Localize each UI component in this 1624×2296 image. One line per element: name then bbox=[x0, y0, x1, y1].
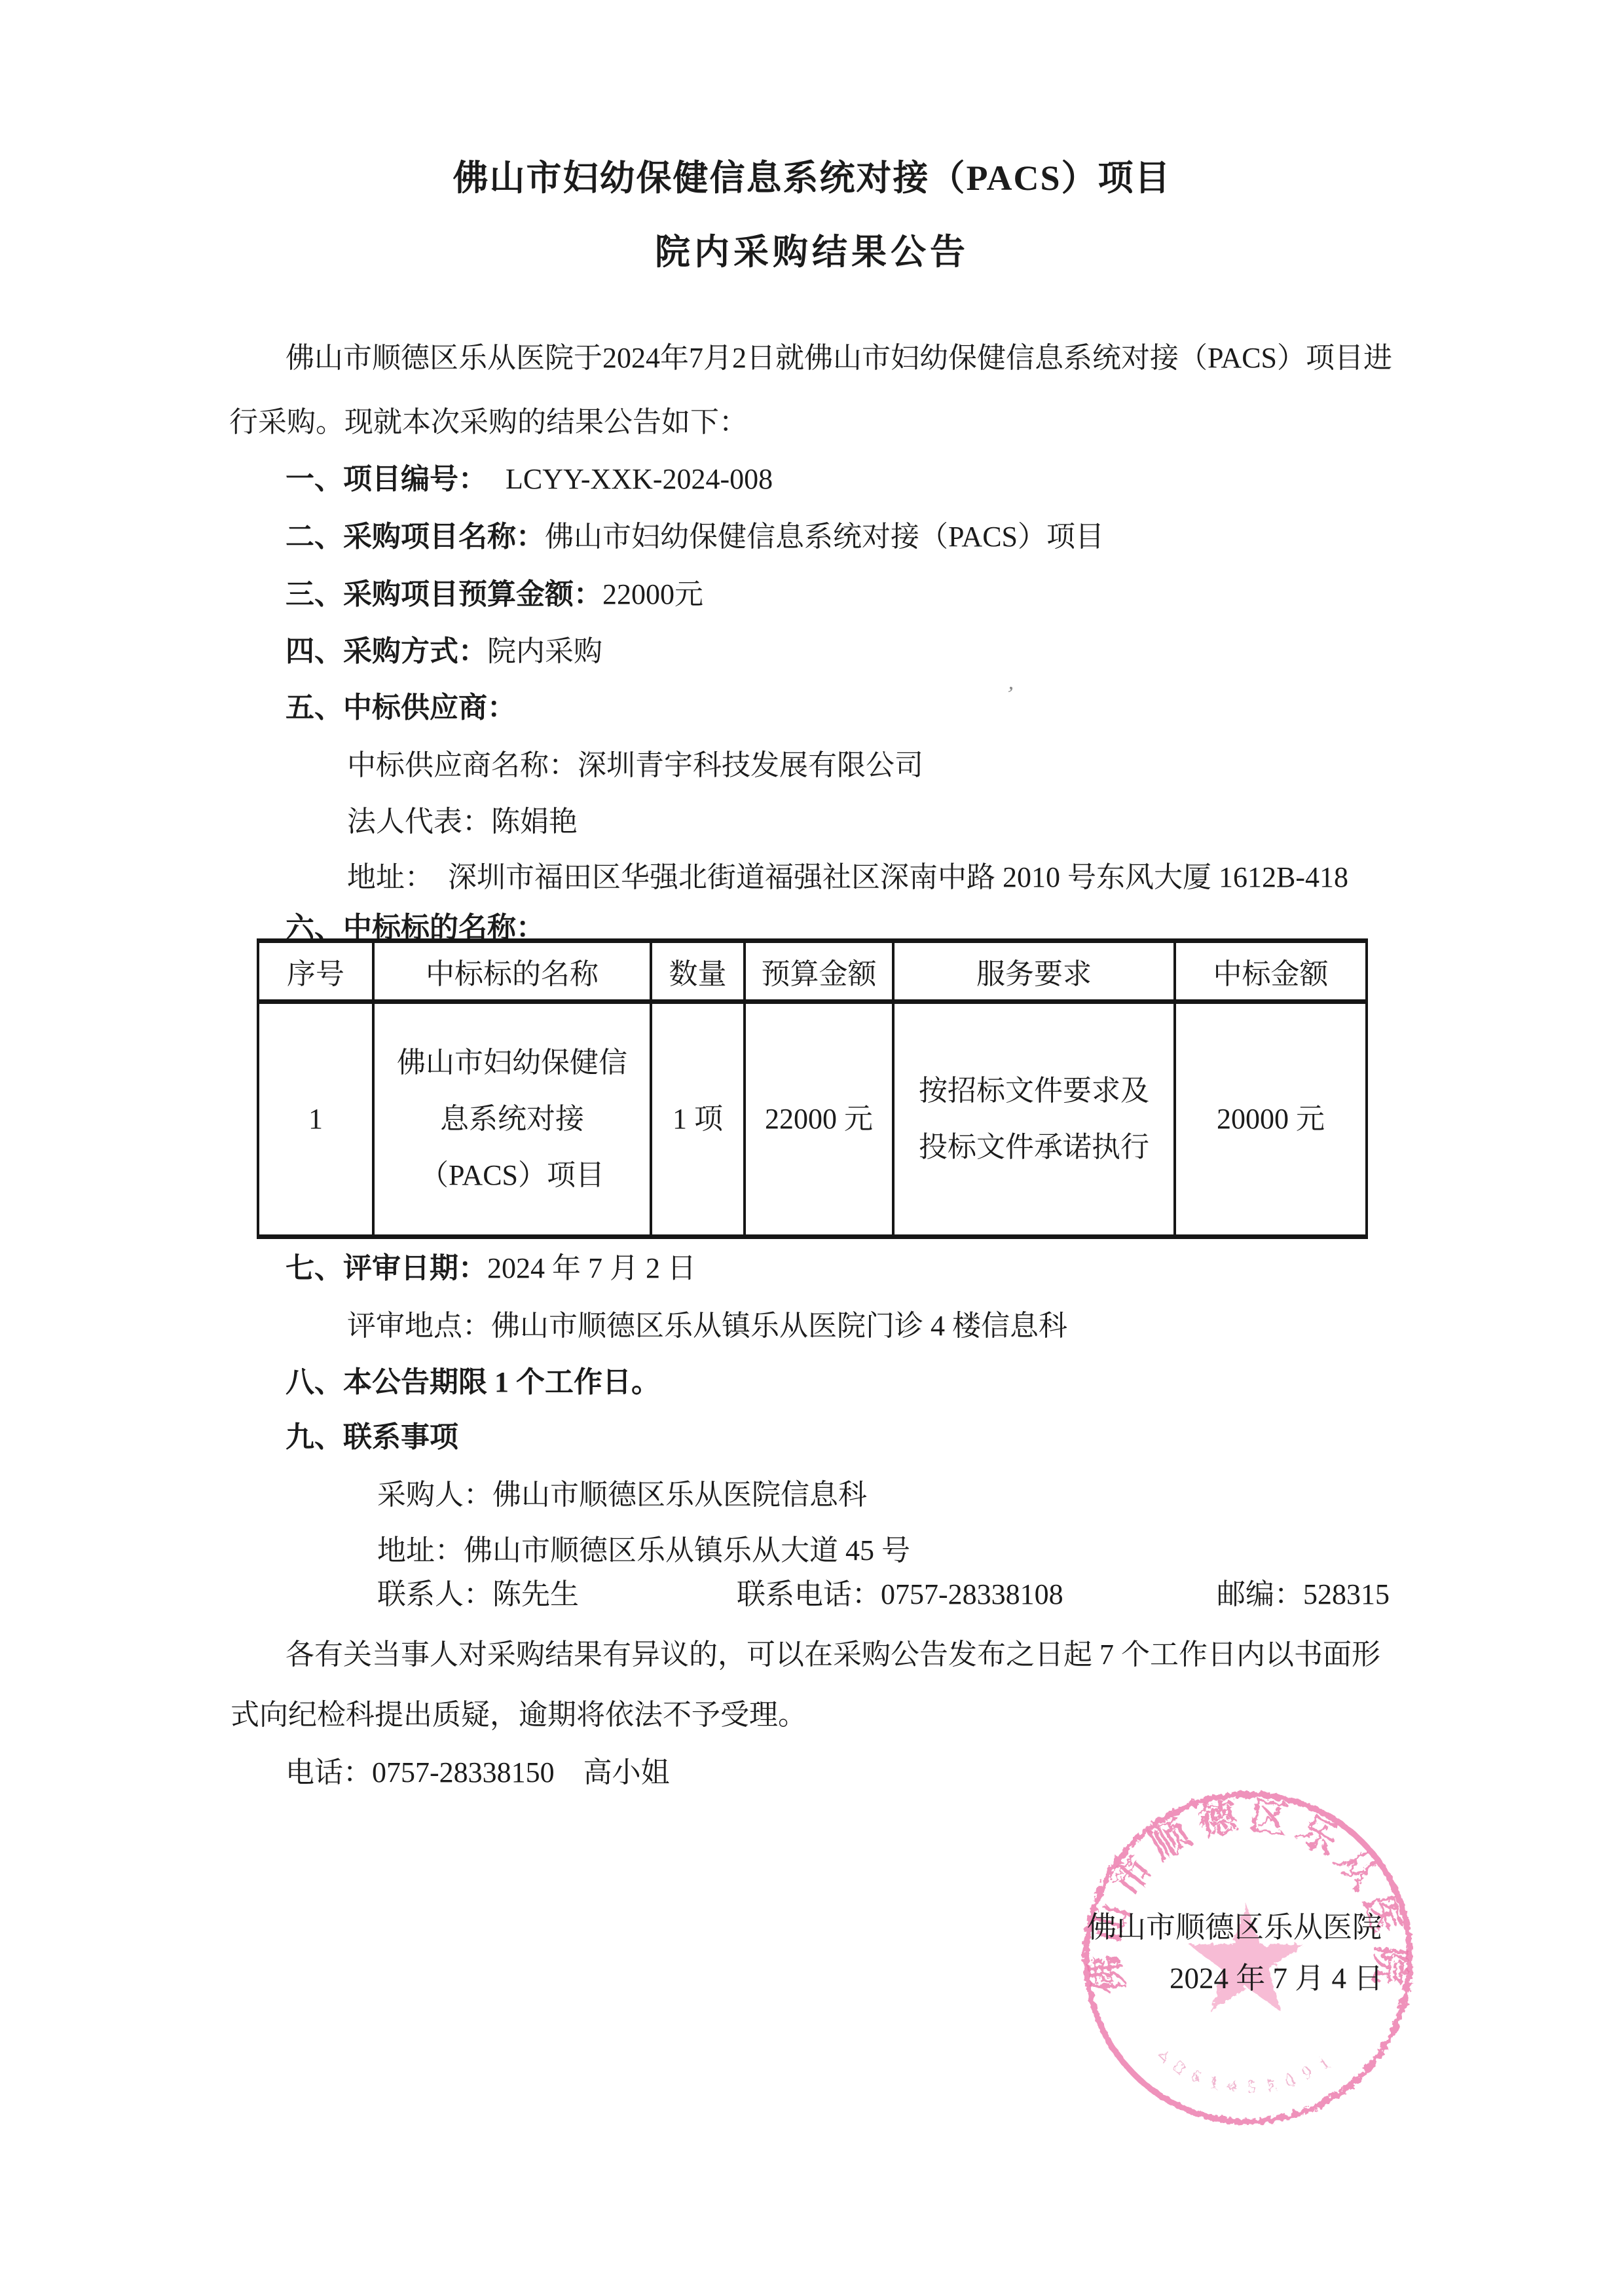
cell-service-line1: 按招标文件要求及 bbox=[895, 1063, 1173, 1119]
item-budget: 三、采购项目预算金额：22000元 bbox=[286, 576, 703, 614]
intro-paragraph-line2: 行采购。现就本次采购的结果公告如下： bbox=[229, 403, 748, 441]
header-qty: 数量 bbox=[651, 941, 745, 1002]
item-project-number-value: LCYY-XXK-2024-008 bbox=[506, 463, 773, 495]
contact-phone: 联系电话：0757-28338108 bbox=[737, 1576, 1063, 1614]
header-budget: 预算金额 bbox=[745, 941, 893, 1002]
item-project-name: 二、采购项目名称：佛山市妇幼保健信息系统对接（PACS）项目 bbox=[286, 518, 1104, 556]
review-place-line: 评审地点：佛山市顺德区乐从镇乐从医院门诊 4 楼信息科 bbox=[347, 1307, 1067, 1345]
table-row: 1 佛山市妇幼保健信 息系统对接 （PACS）项目 1 项 22000 元 按招… bbox=[258, 1002, 1367, 1237]
item-method: 四、采购方式：院内采购 bbox=[286, 633, 602, 671]
signature-org: 佛山市顺德区乐从医院 bbox=[1087, 1903, 1382, 1946]
buyer-address-line: 地址：佛山市顺德区乐从镇乐从大道 45 号 bbox=[377, 1532, 910, 1570]
scan-artifact: ’ bbox=[1003, 682, 1016, 708]
bid-result-table: 序号 中标标的名称 数量 预算金额 服务要求 中标金额 1 佛山市妇幼保健信 息… bbox=[257, 938, 1368, 1239]
cell-service-line2: 投标文件承诺执行 bbox=[895, 1119, 1173, 1176]
document-title-line2: 院内采购结果公告 bbox=[0, 233, 1624, 271]
cell-budget: 22000 元 bbox=[745, 1002, 893, 1237]
item-project-name-value: 佛山市妇幼保健信息系统对接（PACS）项目 bbox=[545, 521, 1104, 553]
item-budget-value: 22000元 bbox=[602, 578, 703, 610]
item-project-number: 一、项目编号：LCYY-XXK-2024-008 bbox=[286, 460, 773, 498]
item-review-date-value: 2024 年 7 月 2 日 bbox=[487, 1252, 696, 1284]
seal-code-text: 4061455091 bbox=[1154, 2046, 1342, 2098]
header-service: 服务要求 bbox=[893, 941, 1175, 1002]
contact-postcode: 邮编：528315 bbox=[1217, 1576, 1390, 1614]
intro-paragraph-line1: 佛山市顺德区乐从医院于2024年7月2日就佛山市妇幼保健信息系统对接（PACS）… bbox=[286, 339, 1392, 377]
table-header-row: 序号 中标标的名称 数量 预算金额 服务要求 中标金额 bbox=[258, 941, 1367, 1002]
footer-phone-line: 电话：0757-28338150 高小姐 bbox=[286, 1754, 670, 1792]
item-winning-supplier-heading: 五、中标供应商： bbox=[286, 689, 516, 727]
item-method-value: 院内采购 bbox=[487, 635, 602, 667]
item-project-name-label: 二、采购项目名称： bbox=[286, 521, 545, 553]
signature-date: 2024 年 7 月 4 日 bbox=[1170, 1954, 1383, 1997]
document-title-line1: 佛山市妇幼保健信息系统对接（PACS）项目 bbox=[0, 159, 1624, 197]
header-award: 中标金额 bbox=[1175, 941, 1367, 1002]
cell-bid-name-line1: 佛山市妇幼保健信 bbox=[375, 1035, 650, 1091]
header-bid-name: 中标标的名称 bbox=[373, 941, 651, 1002]
header-seq: 序号 bbox=[258, 941, 373, 1002]
item-method-label: 四、采购方式： bbox=[286, 635, 487, 667]
cell-award: 20000 元 bbox=[1175, 1002, 1367, 1237]
cell-bid-name-line2: 息系统对接 bbox=[375, 1091, 650, 1147]
cell-bid-name-line3: （PACS）项目 bbox=[375, 1147, 650, 1204]
scanned-document-page: 佛山市妇幼保健信息系统对接（PACS）项目 院内采购结果公告 佛山市顺德区乐从医… bbox=[0, 0, 1624, 2296]
supplier-name-line: 中标供应商名称：深圳青宇科技发展有限公司 bbox=[347, 747, 923, 785]
item-notice-period: 八、本公告期限 1 个工作日。 bbox=[286, 1363, 660, 1401]
item-project-number-label: 一、项目编号： bbox=[286, 463, 487, 495]
cell-service: 按招标文件要求及 投标文件承诺执行 bbox=[893, 1002, 1175, 1237]
contact-person: 联系人：陈先生 bbox=[377, 1576, 579, 1614]
cell-bid-name: 佛山市妇幼保健信 息系统对接 （PACS）项目 bbox=[373, 1002, 651, 1237]
buyer-line: 采购人：佛山市顺德区乐从医院信息科 bbox=[377, 1476, 867, 1514]
supplier-address-line: 地址： 深圳市福田区华强北街道福强社区深南中路 2010 号东风大厦 1612B… bbox=[347, 859, 1348, 897]
item-budget-label: 三、采购项目预算金额： bbox=[286, 578, 602, 610]
cell-seq: 1 bbox=[258, 1002, 373, 1237]
item-review-date: 七、评审日期：2024 年 7 月 2 日 bbox=[286, 1250, 696, 1287]
objection-line1: 各有关当事人对采购结果有异议的，可以在采购公告发布之日起 7 个工作日内以书面形 bbox=[286, 1636, 1380, 1674]
item-contact-heading: 九、联系事项 bbox=[286, 1418, 458, 1456]
supplier-legal-rep-line: 法人代表：陈娟艳 bbox=[347, 803, 578, 841]
item-review-date-label: 七、评审日期： bbox=[286, 1252, 487, 1284]
objection-line2: 式向纪检科提出质疑，逾期将依法不予受理。 bbox=[231, 1696, 807, 1734]
cell-qty: 1 项 bbox=[651, 1002, 745, 1237]
